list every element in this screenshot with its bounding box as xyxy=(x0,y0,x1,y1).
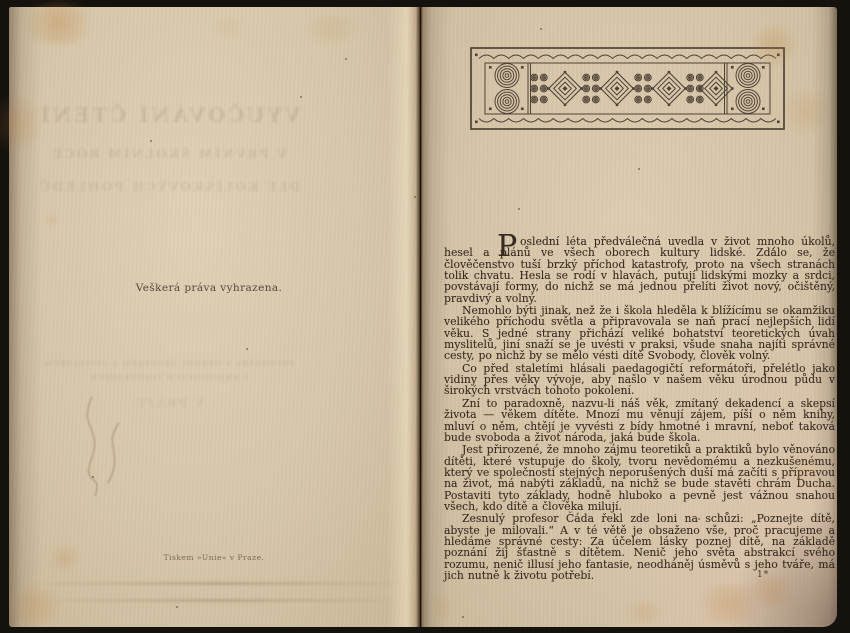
paper-speck xyxy=(176,606,178,608)
bleedthrough-title-line: V PRVNÍM ŠKOLNÍM ROCE xyxy=(9,146,329,161)
paragraph: Zesnulý profesor Čáda řekl zde loni na s… xyxy=(444,513,835,581)
paper-speck xyxy=(812,326,814,328)
left-page: VYUČOVÁNÍ ČTENÍ V PRVNÍM ŠKOLNÍM ROCE DL… xyxy=(9,7,420,627)
bleedthrough-small-line: PŘEDNÁŠKA V ODBORU ŠKOLSKÉM A UČITELSKÉM xyxy=(9,359,329,368)
paper-speck xyxy=(698,518,700,520)
paper-crease xyxy=(39,599,399,602)
paper-speck xyxy=(518,208,520,210)
paper-speck xyxy=(92,476,94,478)
paper-speck xyxy=(300,96,302,98)
paper-speck xyxy=(150,140,152,142)
right-page: P oslední léta předválečná uvedla v živo… xyxy=(421,7,837,627)
paragraph: Co před staletími hlásali paedagogičtí r… xyxy=(444,363,835,397)
bleedthrough-small-line: V KRÁLOVSKÝCH VINOHRADECH xyxy=(9,373,329,382)
paper-speck xyxy=(638,168,640,170)
printer-imprint: Tiskem »Unie« v Praze. xyxy=(49,553,379,562)
body-text: P oslední léta předválečná uvedla v živo… xyxy=(444,236,835,582)
signature-mark: 1* xyxy=(757,570,769,580)
bleedthrough-small-line: V PRAZE xyxy=(9,397,329,410)
book-gutter xyxy=(416,7,424,627)
paper-speck xyxy=(414,196,416,198)
bleedthrough-title-line: DLE KOLÍSKOVÝCH POHLEDŮ xyxy=(9,179,329,194)
paper-speck xyxy=(246,348,248,350)
handwriting-mark xyxy=(64,388,149,507)
paper-speck xyxy=(540,28,542,30)
bleedthrough-title-line: VYUČOVÁNÍ ČTENÍ xyxy=(9,103,329,127)
drop-cap: P xyxy=(497,232,517,262)
book-scan: VYUČOVÁNÍ ČTENÍ V PRVNÍM ŠKOLNÍM ROCE DL… xyxy=(0,0,850,633)
paper-speck xyxy=(462,616,464,618)
paragraph: Nemohlo býti jinak, než že i škola hledě… xyxy=(444,305,835,362)
paragraph: Jest přirozené, že mnoho zájmu teoretiků… xyxy=(444,444,835,512)
paper-speck xyxy=(772,248,774,250)
rights-notice: Veškerá práva vyhrazena. xyxy=(39,282,379,294)
ornament-band xyxy=(470,47,785,130)
paper-crease xyxy=(27,582,407,585)
paper-speck xyxy=(345,58,347,60)
paragraph: Zní to paradoxně, nazvu-li náš věk, zmít… xyxy=(444,398,835,443)
